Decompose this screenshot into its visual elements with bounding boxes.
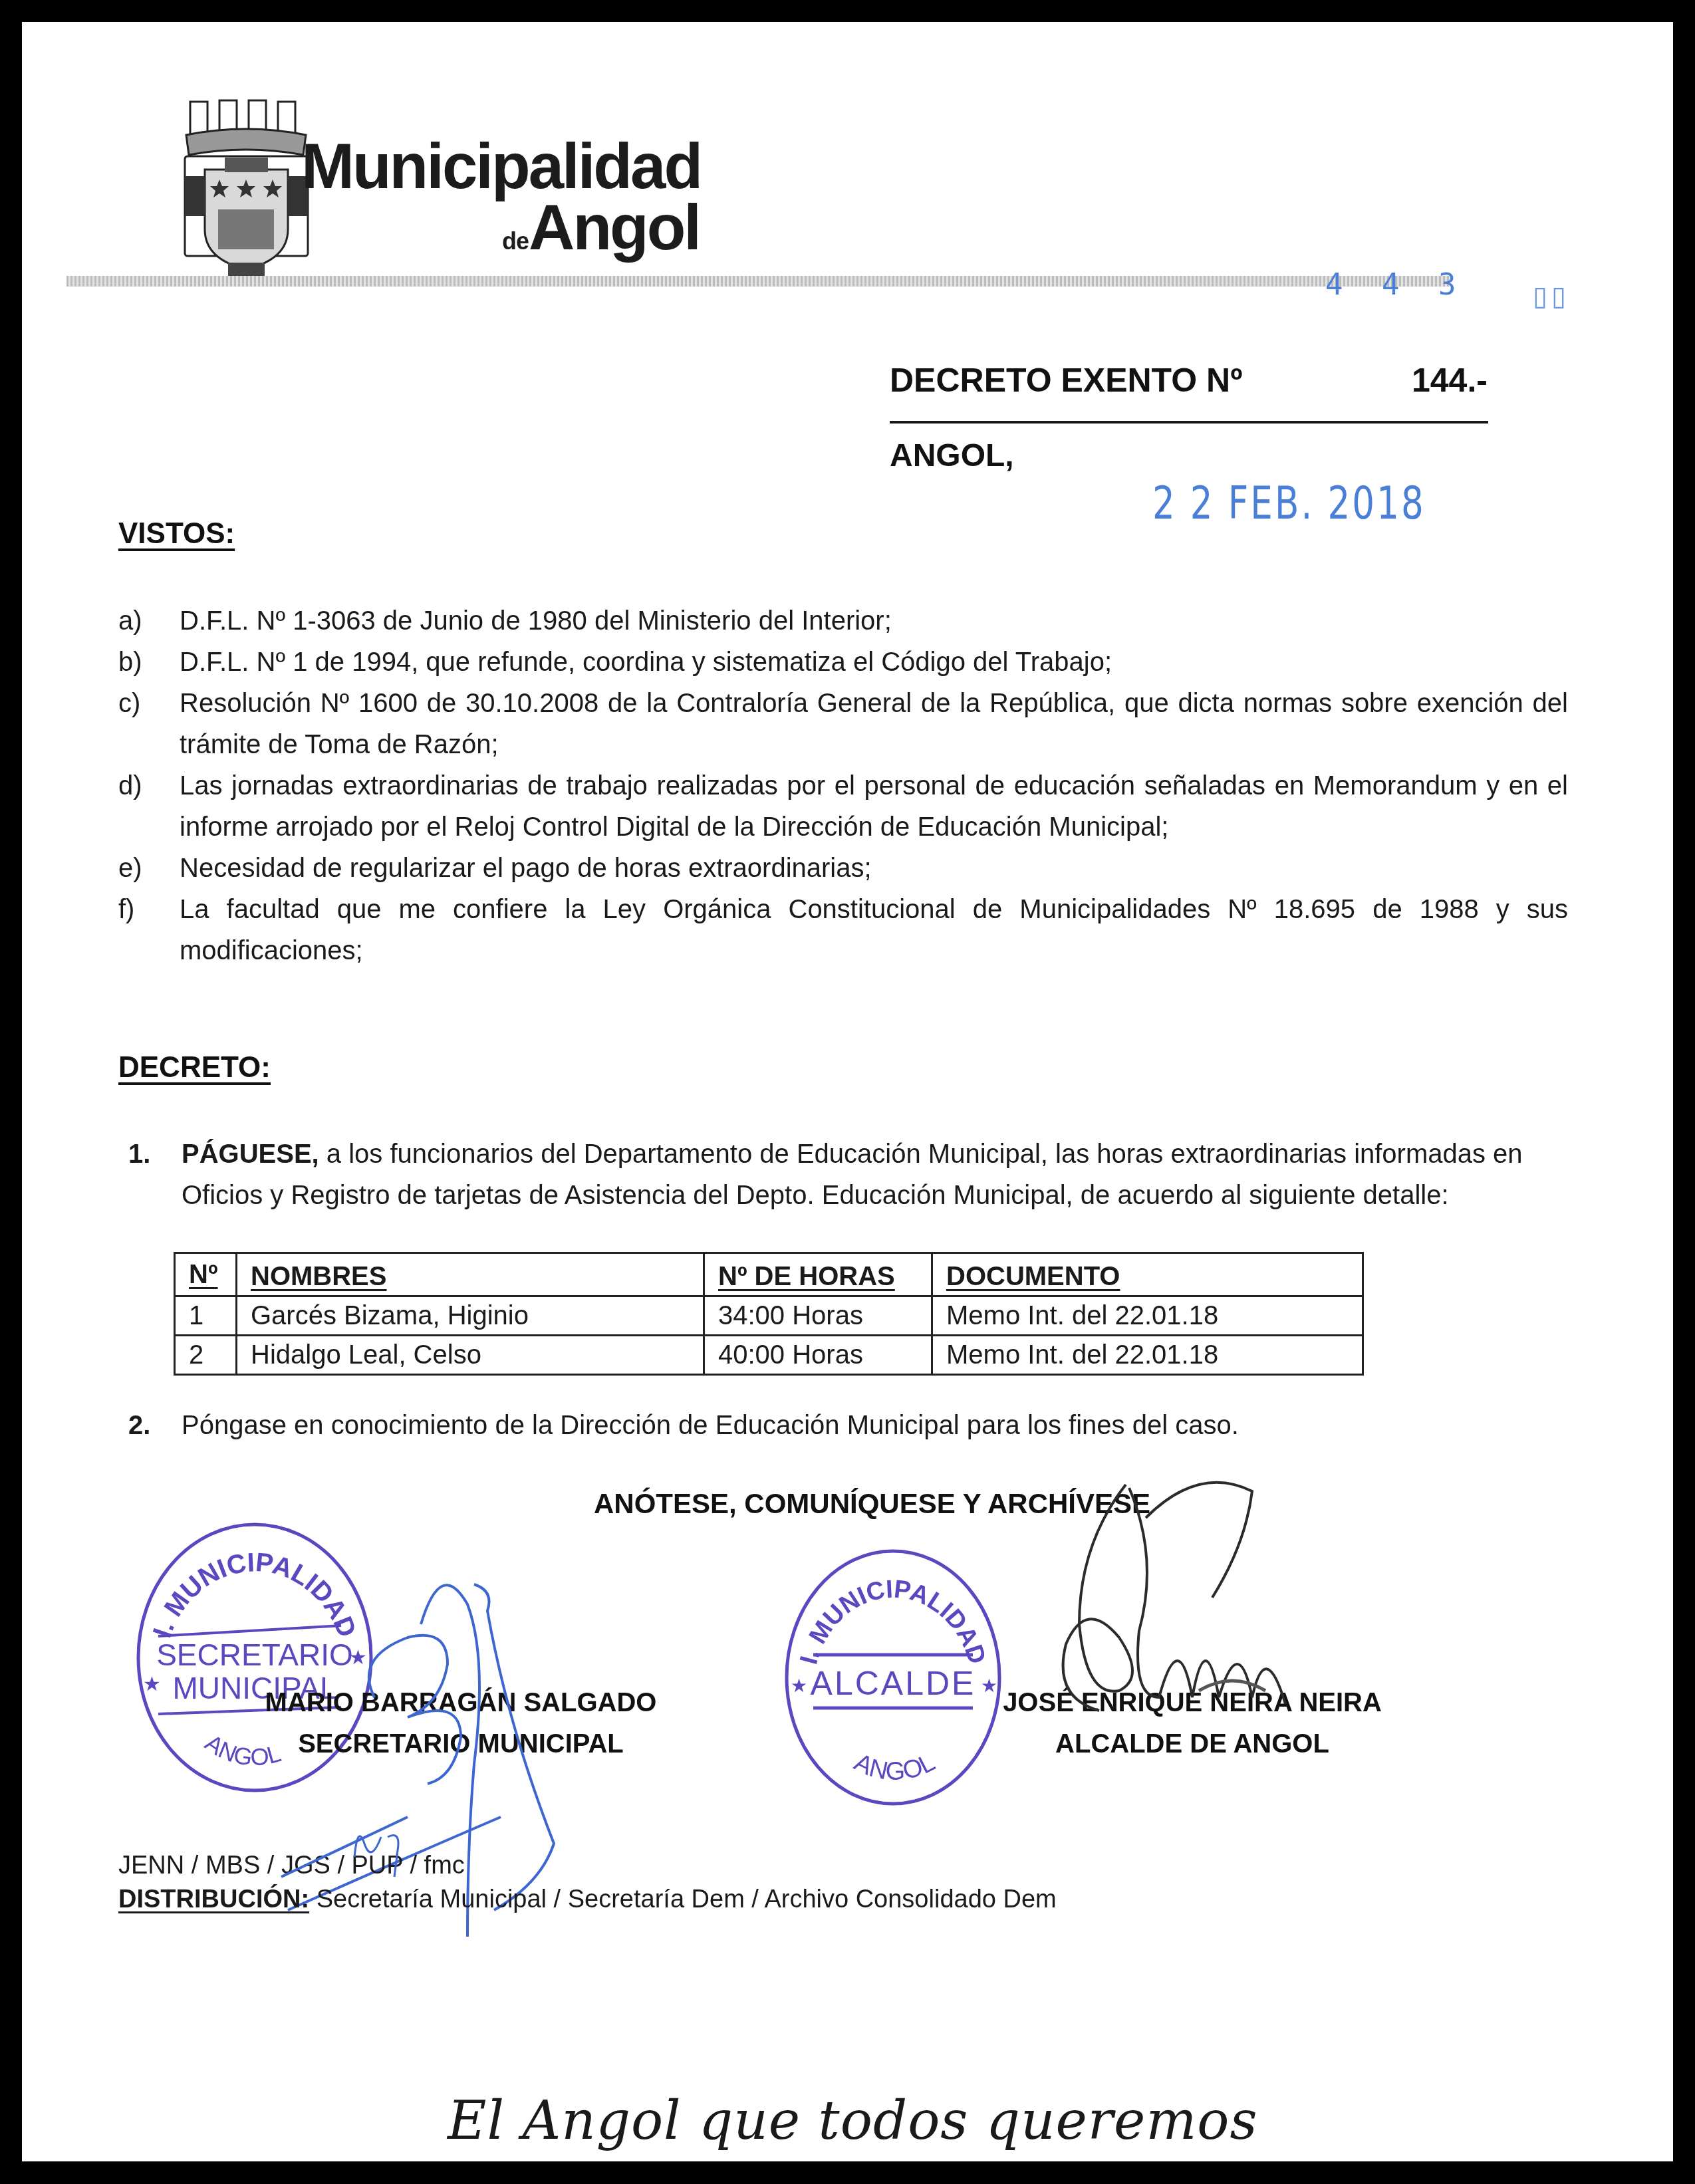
vistos-item: f) La facultad que me confiere la Ley Or…	[118, 889, 1568, 971]
decreto-item-2: 2. Póngase en conocimiento de la Direcci…	[128, 1405, 1565, 1446]
date-stamp: 2 2 FEB. 2018	[1152, 477, 1426, 530]
decree-number: 144.-	[1412, 361, 1488, 400]
vistos-letter: a)	[118, 600, 180, 642]
overtime-hours-table: Nº NOMBRES Nº DE HORAS DOCUMENTO 1 Garcé…	[174, 1252, 1364, 1376]
cell-document: Memo Int. del 22.01.18	[932, 1336, 1363, 1375]
table-row: 1 Garcés Bizama, Higinio 34:00 Horas Mem…	[175, 1296, 1363, 1336]
decree-city: ANGOL,	[890, 437, 1014, 474]
alcalde-handwritten-signature-icon	[1039, 1478, 1345, 1731]
vistos-text: La facultad que me confiere la Ley Orgán…	[180, 889, 1568, 971]
decree-title: DECRETO EXENTO Nº	[890, 361, 1242, 400]
vistos-list: a) D.F.L. Nº 1-3063 de Junio de 1980 del…	[118, 600, 1568, 971]
filing-stamp-number: 4 4 3	[1325, 268, 1466, 302]
vistos-letter: d)	[118, 765, 180, 848]
cell-number: 1	[175, 1296, 237, 1336]
decreto-text: Póngase en conocimiento de la Dirección …	[182, 1405, 1565, 1446]
table-row: 2 Hidalgo Leal, Celso 40:00 Horas Memo I…	[175, 1336, 1363, 1375]
decreto-number: 2.	[128, 1405, 182, 1446]
decreto-verb: PÁGUESE,	[182, 1140, 319, 1169]
vistos-letter: f)	[118, 889, 180, 971]
distribution-line: DISTRIBUCIÓN: Secretaría Municipal / Sec…	[118, 1885, 1057, 1914]
seal-center-line1: ALCALDE	[811, 1665, 976, 1702]
svg-text:★: ★	[143, 1673, 161, 1695]
vistos-item: c) Resolución Nº 1600 de 30.10.2008 de l…	[118, 683, 1568, 765]
vistos-item: b) D.F.L. Nº 1 de 1994, que refunde, coo…	[118, 642, 1568, 683]
column-header-number: Nº	[175, 1253, 237, 1296]
vistos-letter: b)	[118, 642, 180, 683]
vistos-letter: c)	[118, 683, 180, 765]
decreto-number: 1.	[128, 1134, 182, 1216]
document-page: Municipalidad deAngol 4 4 3 ▯▯ DECRETO E…	[22, 22, 1673, 2161]
svg-text:ANGOL: ANGOL	[850, 1749, 940, 1786]
vistos-text: D.F.L. Nº 1 de 1994, que refunde, coordi…	[180, 642, 1568, 683]
header-divider	[66, 276, 1450, 287]
cell-name: Garcés Bizama, Higinio	[237, 1296, 704, 1336]
vistos-text: Las jornadas extraordinarias de trabajo …	[180, 765, 1568, 848]
decreto-body: a los funcionarios del Departamento de E…	[182, 1140, 1523, 1210]
column-header-names: NOMBRES	[237, 1253, 704, 1296]
vistos-item: a) D.F.L. Nº 1-3063 de Junio de 1980 del…	[118, 600, 1568, 642]
distribution-label: DISTRIBUCIÓN:	[118, 1885, 309, 1913]
decreto-heading: DECRETO:	[118, 1051, 271, 1084]
cell-document: Memo Int. del 22.01.18	[932, 1296, 1363, 1336]
municipality-brand: Municipalidad deAngol	[301, 135, 701, 199]
vistos-letter: e)	[118, 848, 180, 889]
cell-number: 2	[175, 1336, 237, 1375]
decreto-item-1: 1. PÁGUESE, a los funcionarios del Depar…	[128, 1134, 1565, 1216]
vistos-item: d) Las jornadas extraordinarias de traba…	[118, 765, 1568, 848]
vistos-text: Necesidad de regularizar el pago de hora…	[180, 848, 1568, 889]
column-header-document: DOCUMENTO	[932, 1253, 1363, 1296]
vistos-heading: VISTOS:	[118, 517, 235, 550]
initials-handwriting-icon	[275, 1810, 434, 1883]
alcalde-seal-icon: I. MUNICIPALIDAD ALCALDE ★ ★ ANGOL	[767, 1544, 1019, 1810]
filing-stamp-marks: ▯▯	[1533, 281, 1570, 312]
municipal-coat-of-arms-icon	[172, 96, 321, 279]
seal-bottom-text: ANGOL	[850, 1749, 940, 1786]
cell-hours: 34:00 Horas	[704, 1296, 932, 1336]
brand-connector: de	[502, 227, 529, 255]
table-header-row: Nº NOMBRES Nº DE HORAS DOCUMENTO	[175, 1253, 1363, 1296]
brand-name: Municipalidad	[301, 135, 701, 199]
column-header-hours: Nº DE HORAS	[704, 1253, 932, 1296]
decreto-text: PÁGUESE, a los funcionarios del Departam…	[182, 1134, 1565, 1216]
svg-text:★: ★	[791, 1675, 807, 1696]
brand-city: Angol	[529, 192, 700, 263]
distribution-text: Secretaría Municipal / Secretaría Dem / …	[309, 1885, 1057, 1913]
cell-name: Hidalgo Leal, Celso	[237, 1336, 704, 1375]
vistos-text: Resolución Nº 1600 de 30.10.2008 de la C…	[180, 683, 1568, 765]
decree-divider	[890, 421, 1488, 424]
vistos-text: D.F.L. Nº 1-3063 de Junio de 1980 del Mi…	[180, 600, 1568, 642]
cell-hours: 40:00 Horas	[704, 1336, 932, 1375]
vistos-item: e) Necesidad de regularizar el pago de h…	[118, 848, 1568, 889]
municipal-motto: El Angol que todos queremos	[448, 2090, 1258, 2151]
